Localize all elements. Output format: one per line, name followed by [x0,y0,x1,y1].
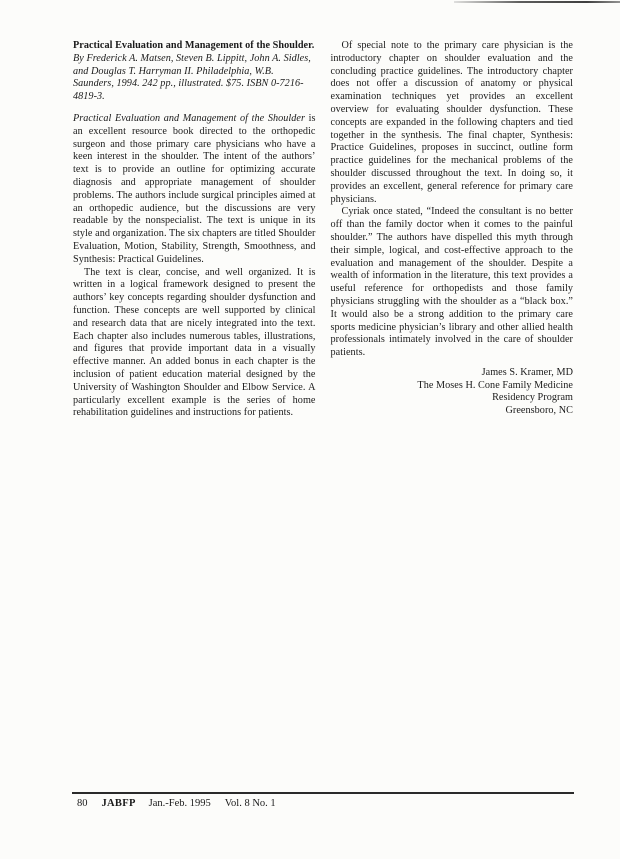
review-paragraph-1: Practical Evaluation and Management of t… [73,113,316,267]
book-heading: Practical Evaluation and Management of t… [73,40,316,104]
footer-issue-date: Jan.-Feb. 1995 [149,798,211,809]
reviewer-affiliation-line-1: The Moses H. Cone Family Medicine [331,380,574,393]
footer-journal-abbreviation: JABFP [102,798,136,809]
left-column: Practical Evaluation and Management of t… [73,40,316,420]
book-title: Practical Evaluation and Management of t… [73,40,314,51]
reviewer-signature-block: James S. Kramer, MD The Moses H. Cone Fa… [331,367,574,417]
reviewer-name: James S. Kramer, MD [331,367,574,380]
reviewer-affiliation-line-2: Residency Program [331,392,574,405]
review-paragraph-1-text: is an excellent resource book directed t… [73,113,316,265]
review-paragraph-4: Cyriak once stated, “Indeed the consulta… [331,206,574,360]
book-citation: By Frederick A. Matsen, Steven B. Lippit… [73,53,311,102]
reviewer-location: Greensboro, NC [331,405,574,418]
footer-volume-issue: Vol. 8 No. 1 [225,798,276,809]
review-paragraph-1-book-title-italic: Practical Evaluation and Management of t… [73,113,305,124]
top-edge-scan-rule [454,1,620,3]
review-body: Practical Evaluation and Management of t… [73,40,573,420]
review-paragraph-2: The text is clear, concise, and well org… [73,267,316,421]
right-column: Of special note to the primary care phys… [331,40,574,420]
review-paragraph-3: Of special note to the primary care phys… [331,40,574,206]
scanned-page: Practical Evaluation and Management of t… [0,0,620,859]
footer-page-number: 80 [77,798,88,809]
page-footer: 80 JABFP Jan.-Feb. 1995 Vol. 8 No. 1 [72,792,574,809]
